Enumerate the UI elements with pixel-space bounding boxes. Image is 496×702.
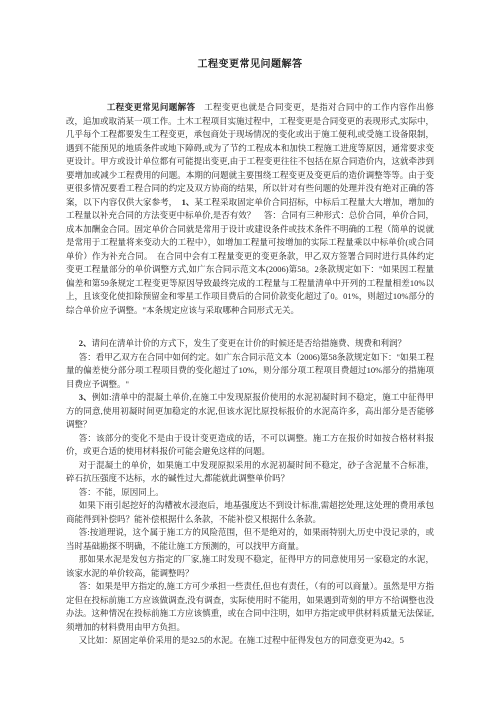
paragraph-question-2: 2、请问在清单计价的方式下，发生了变更在计价的时候还是否给措施费、规费和利润？: [66, 337, 434, 351]
paragraph-answer-concrete: 答：不能，原因同上。: [66, 486, 434, 500]
text-run: 请问在清单计价的方式下，发生了变更在计价的时候还是否给措施费、规费和利润？: [92, 338, 407, 348]
paragraph-intro: 工程变更常见问题解答 工程变更也就是合同变更，是指对合同中的工作内容作出修改，追…: [66, 101, 434, 317]
question-number-1: 1、: [182, 197, 195, 207]
text-run: 答：看甲乙双方在合同中如何约定。如广东合同示范文本（2006)第58条款规定如下…: [66, 352, 434, 389]
text-run: 对于混凝土的单价，如果施工中发现原拟采用的水泥初凝时间不稳定，砂子含泥量不合标准…: [66, 460, 434, 484]
document-page: 工程变更常见问题解答 工程变更常见问题解答 工程变更也就是合同变更，是指对合同中…: [0, 0, 496, 702]
paragraph-answer-2: 答：看甲乙双方在合同中如何约定。如广东合同示范文本（2006)第58条款规定如下…: [66, 351, 434, 392]
question-number-3: 3、: [79, 392, 92, 402]
paragraph-answer-3: 答：该部分的变化不是由于设计变更造成的话，不可以调整。施工方在报价时如按合格材料…: [66, 432, 434, 459]
text-run: 如果下雨引起挖好的沟槽被水浸泡后，地基强度达不到设计标准,需超挖处理,这处理的费…: [66, 500, 434, 524]
text-run: 例如:清单中的混凝土单价,在施工中发现原报价使用的水泥初凝时间不稳定，施工中征得…: [66, 392, 434, 429]
document-title: 工程变更常见问题解答: [66, 58, 434, 71]
text-run: 某工程采取固定单价合同招标，中标后工程量大大增加，增加的工程量以补充合同的方法变…: [66, 197, 434, 315]
text-run: 答:按道理说，这个属于施工方的风险范围，但不是绝对的，如果雨特别大,历史中没记录…: [66, 527, 434, 551]
paragraph-question-concrete: 对于混凝土的单价，如果施工中发现原拟采用的水泥初凝时间不稳定，砂子含泥量不合标准…: [66, 459, 434, 486]
text-run: 答：该部分的变化不是由于设计变更造成的话，不可以调整。施工方在报价时如按合格材料…: [66, 433, 434, 457]
paragraph-question-rain: 如果下雨引起挖好的沟槽被水浸泡后，地基强度达不到设计标准,需超挖处理,这处理的费…: [66, 499, 434, 526]
inline-heading: 工程变更常见问题解答: [107, 102, 196, 112]
text-run: 又比如：原固定单价采用的是32.5的水泥。在施工过程中征得发包方的同意变更为42…: [79, 635, 404, 645]
paragraph-example-cement-grade: 又比如：原固定单价采用的是32.5的水泥。在施工过程中征得发包方的同意变更为42…: [66, 634, 434, 648]
paragraph-answer-cement: 答：如果是甲方指定的,施工方可少承担一些责任,但也有责任，（有的可以商量）。虽然…: [66, 580, 434, 634]
paragraph-question-cement: 那如果水泥是发包方指定的厂家,施工时发现不稳定，征得甲方的同意使用另一家稳定的水…: [66, 553, 434, 580]
paragraph-answer-rain: 答:按道理说，这个属于施工方的风险范围，但不是绝对的，如果雨特别大,历史中没记录…: [66, 526, 434, 553]
question-number-2: 2、: [79, 338, 92, 348]
paragraph-question-3: 3、例如:清单中的混凝土单价,在施工中发现原报价使用的水泥初凝时间不稳定，施工中…: [66, 391, 434, 432]
text-run: 答：不能，原因同上。: [79, 487, 164, 497]
text-run: 那如果水泥是发包方指定的厂家,施工时发现不稳定，征得甲方的同意使用另一家稳定的水…: [66, 554, 434, 578]
text-run: 工程变更也就是合同变更，是指对合同中的工作内容作出修改，追加或取消某一项工作。土…: [66, 102, 434, 207]
text-run: 答：如果是甲方指定的,施工方可少承担一些责任,但也有责任，（有的可以商量）。虽然…: [66, 581, 434, 632]
